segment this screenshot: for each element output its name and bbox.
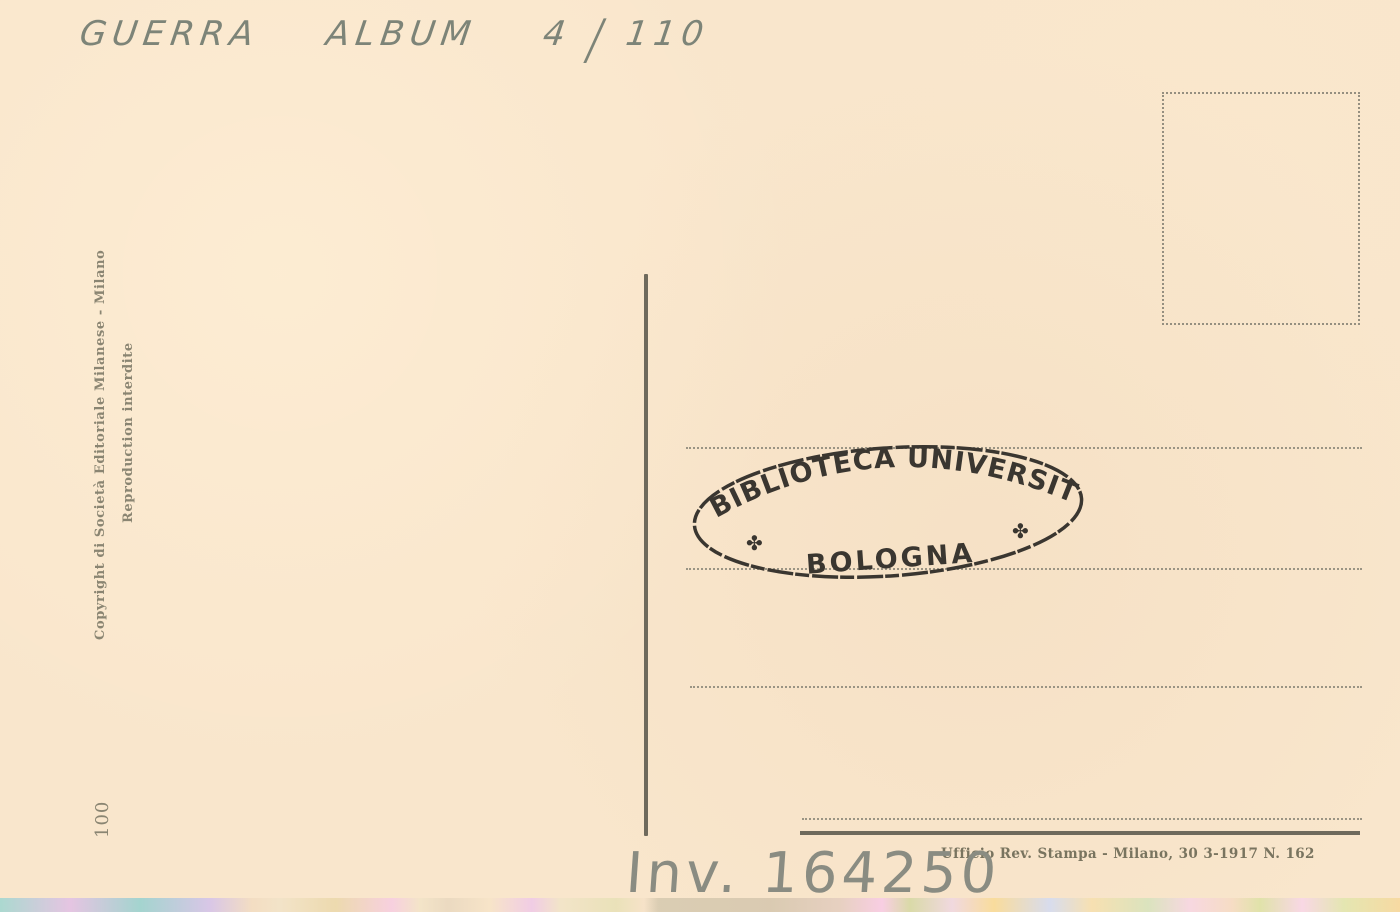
stamp-ornament-right: ✤ xyxy=(1012,519,1029,543)
stamp-ornament-left: ✤ xyxy=(746,531,763,555)
address-line-4 xyxy=(802,818,1362,820)
message-address-divider xyxy=(644,274,648,836)
catalog-number: 100 xyxy=(92,801,113,838)
handwritten-inventory-number: Inv. 164250 xyxy=(624,846,1002,902)
handwritten-word: GUERRA xyxy=(77,14,262,54)
library-stamp: BIBLIOTECA UNIVERSITARIA BOLOGNA ✤ ✤ xyxy=(688,440,1088,584)
bottom-rule xyxy=(800,831,1360,835)
postage-stamp-box xyxy=(1162,92,1360,325)
handwritten-word: ALBUM xyxy=(324,14,479,54)
handwritten-slash: / xyxy=(585,8,611,72)
handwritten-number: 110 xyxy=(623,14,712,54)
reproduction-notice: Reproduction interdite xyxy=(121,342,136,523)
address-line-3 xyxy=(690,686,1362,688)
library-stamp-oval-icon: BIBLIOTECA UNIVERSITARIA BOLOGNA ✤ ✤ xyxy=(688,440,1088,584)
handwritten-album-note: GUERRA ALBUM 4 / 110 xyxy=(77,14,712,54)
handwritten-word: 4 xyxy=(541,14,574,54)
copyright-line: Copyright di Società Editoriale Milanese… xyxy=(93,250,108,640)
svg-text:BIBLIOTECA UNIVERSITARIA: BIBLIOTECA UNIVERSITARIA xyxy=(688,440,1082,524)
stamp-bottom-text: BOLOGNA xyxy=(805,538,976,581)
stamp-top-text: BIBLIOTECA UNIVERSITARIA xyxy=(688,440,1082,524)
scan-artifact-strip xyxy=(0,898,1400,912)
